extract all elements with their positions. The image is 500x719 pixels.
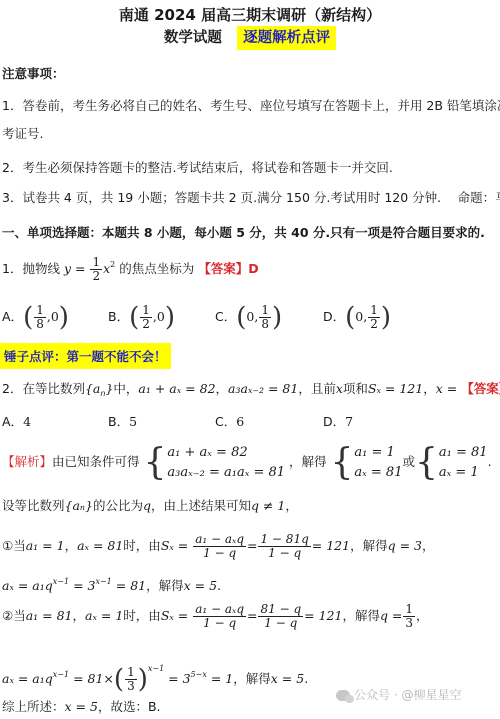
- option-label: A．: [2, 414, 23, 429]
- frac-den: 3: [125, 680, 137, 693]
- system-1: {a₁ + aₓ = 82a₃aₓ₋₂ = a₁aₓ = 81: [144, 443, 286, 483]
- q2-text: ，且前: [298, 381, 336, 396]
- analysis-text: 由已知条件可得: [52, 454, 140, 469]
- analysis-text: 的公比为: [93, 498, 143, 513]
- case-math: q =: [380, 608, 402, 623]
- case-math: a₁ = 81: [26, 608, 73, 623]
- frac-num: 1: [140, 304, 152, 318]
- case-fraction: 13: [403, 603, 415, 630]
- frac-den: 1 − q: [262, 617, 299, 630]
- case-math: aₓ = 81: [77, 538, 123, 553]
- frac-den: 8: [34, 318, 46, 331]
- case-text: 时，由: [123, 608, 161, 623]
- case-math: aₓ = a₁q: [2, 578, 53, 593]
- case-text: ，解得: [146, 578, 184, 593]
- subtitle-highlight: 逐题解析点评: [237, 26, 336, 50]
- frac-num: 1 − 81q: [258, 533, 310, 547]
- case-math: Sₓ =: [161, 608, 188, 623]
- case-text: ，解得: [350, 538, 388, 553]
- system-eq: aₓ = 81: [354, 463, 402, 483]
- frac-den: 1 − q: [201, 547, 238, 560]
- analysis-q: q: [143, 498, 151, 513]
- system-eq: aₓ = 1: [439, 463, 488, 483]
- q1-expr-sup: 2: [110, 260, 115, 269]
- frac-den: 1 − q: [201, 617, 238, 630]
- notice-item-1: 1．答卷前，考生务必将自己的姓名、考生号、座位号填写在答题卡上，并用 2B 铅笔…: [2, 98, 500, 114]
- option-fraction: 18: [259, 304, 271, 331]
- system-2: {a₁ = 1aₓ = 81: [331, 443, 403, 483]
- frac-den: 1 − q: [266, 547, 303, 560]
- frac-num: 1: [403, 603, 415, 617]
- frac-num: a₁ − aₓq: [193, 533, 246, 547]
- option-label: D．: [323, 414, 345, 429]
- q1-comment: 锤子点评：第一题不能不会！: [0, 343, 171, 369]
- notice-item-2: 2．考生必须保持答题卡的整洁.考试结束后，将试卷和答题卡一并交回.: [2, 160, 393, 176]
- case-text: ②当: [2, 608, 26, 623]
- case-text: 时，由: [123, 538, 161, 553]
- option-fraction: 18: [34, 304, 46, 331]
- case-math: = 3: [164, 671, 190, 686]
- option-value: 6: [236, 414, 244, 429]
- analysis-text: 设等比数列: [2, 498, 65, 513]
- system-eq: a₁ = 1: [354, 443, 402, 463]
- frac-den: 2: [368, 318, 380, 331]
- case-math: = 121: [304, 608, 342, 623]
- case-math: = 1: [207, 671, 233, 686]
- page-subtitle: 数学试题 逐题解析点评: [0, 26, 500, 47]
- case-sup: x−1: [95, 577, 111, 586]
- option-label: B．: [108, 309, 129, 324]
- frac-num: 81 − q: [258, 603, 303, 617]
- q1-fraction: 12: [90, 256, 102, 283]
- frac-num: 1: [90, 256, 102, 270]
- case-math: a₁ = 1: [26, 538, 65, 553]
- q2-case-2-line-2: aₓ = a₁qx−1 = 81×(13)x−1 = 35−x = 1，解得x …: [2, 654, 308, 694]
- subtitle-text: 数学试题: [164, 30, 222, 46]
- option-fraction: 12: [140, 304, 152, 331]
- case-math: Sₓ =: [161, 538, 188, 553]
- case-text: .: [217, 578, 221, 593]
- case-math: =: [247, 538, 257, 553]
- case-text: .: [304, 671, 308, 686]
- case-math: = 121: [312, 538, 350, 553]
- q1-option-a: A．(18,0): [2, 304, 69, 331]
- frac-num: a₁ − aₓq: [193, 603, 246, 617]
- section-heading: 一、单项选择题：本题共 8 小题，每小题 5 分，共 40 分.只有一项是符合题…: [2, 225, 485, 241]
- q1-option-b: B．(12,0): [108, 304, 175, 331]
- document-page: 南通 2024 届高三期末调研（新结构） 数学试题 逐题解析点评 注意事项： 1…: [0, 0, 500, 719]
- frac-den: 8: [259, 318, 271, 331]
- case-text: ，: [65, 538, 78, 553]
- case-fraction: a₁ − aₓq1 − q: [193, 533, 246, 560]
- case-math: = 3: [69, 578, 95, 593]
- frac-num: 1: [125, 666, 137, 680]
- wechat-icon: [336, 690, 350, 701]
- frac-num: 1: [368, 304, 380, 318]
- system-eq: a₃aₓ₋₂ = a₁aₓ = 81: [167, 463, 285, 483]
- q2-ask: x =: [436, 381, 458, 396]
- q2-x: x: [336, 381, 343, 396]
- q2-analysis-line-2: 设等比数列{aₙ}的公比为q，由上述结果可知q ≠ 1，: [2, 498, 298, 514]
- case-fraction: 1 − 81q1 − q: [258, 533, 310, 560]
- q2-answer: 【答案】B: [461, 381, 500, 396]
- case-math: aₓ = 1: [85, 608, 123, 623]
- notice-item-3: 3．试卷共 4 页，共 19 小题；答题卡共 2 页.满分 150 分.考试用时…: [2, 190, 500, 206]
- q2-seq: {a: [85, 381, 100, 396]
- q2-case-2: ②当a₁ = 81，aₓ = 1时，由Sₓ = a₁ − aₓq1 − q=81…: [2, 600, 429, 632]
- option-value: 5: [129, 414, 137, 429]
- q2-text: ，: [423, 381, 436, 396]
- option-label: B．: [108, 414, 129, 429]
- watermark-text: 公众号 · @柳星星空: [354, 688, 461, 702]
- q2-text: 项和: [343, 381, 368, 396]
- analysis-text: 或: [402, 454, 415, 469]
- frac-num: 1: [34, 304, 46, 318]
- case-text: ①当: [2, 538, 26, 553]
- q1-suffix: 的焦点坐标为: [119, 261, 194, 276]
- notice-heading: 注意事项：: [2, 66, 65, 82]
- case-math: x = 5: [271, 671, 304, 686]
- q2-option-b: B．5: [108, 414, 137, 430]
- analysis-cond: q ≠ 1: [251, 498, 285, 513]
- conclusion-math: x = 5: [65, 699, 98, 714]
- q2-cond-1: a₁ + aₓ = 82: [138, 381, 215, 396]
- case-math: x = 5: [184, 578, 217, 593]
- question-1-stem: 1．抛物线 y = 12x2 的焦点坐标为 【答案】D: [2, 256, 259, 283]
- q2-option-c: C．6: [215, 414, 244, 430]
- q2-text: 中，: [113, 381, 138, 396]
- frac-den: 2: [140, 318, 152, 331]
- watermark: 公众号 · @柳星星空: [336, 686, 461, 703]
- case-math: = 81×: [69, 671, 114, 686]
- option-value: 4: [23, 414, 31, 429]
- case-sup: x−1: [53, 577, 69, 586]
- case-math: =: [247, 608, 257, 623]
- analysis-text: ，由上述结果可知: [151, 498, 251, 513]
- frac-den: 3: [403, 617, 415, 630]
- system-eq: a₁ = 81: [439, 443, 488, 463]
- q2-option-d: D．7: [323, 414, 353, 430]
- analysis-seq: {aₙ}: [65, 498, 93, 513]
- case-text: ，: [422, 538, 435, 553]
- case-text: ，: [416, 608, 429, 623]
- frac-den: 2: [90, 270, 102, 283]
- q1-answer: 【答案】D: [198, 261, 258, 276]
- q2-text: 2．在等比数列: [2, 381, 85, 396]
- analysis-label: 【解析】: [2, 454, 52, 469]
- q2-cond-3: Sₓ = 121: [368, 381, 423, 396]
- page-title: 南通 2024 届高三期末调研（新结构）: [0, 4, 500, 25]
- case-math: aₓ = a₁q: [2, 671, 53, 686]
- option-fraction: 12: [368, 304, 380, 331]
- q1-option-d: D．(0,12): [323, 304, 391, 331]
- case-math: = 81: [112, 578, 146, 593]
- case-sup: 5−x: [191, 670, 207, 679]
- option-label: C．: [215, 414, 236, 429]
- case-math: q = 3: [388, 538, 422, 553]
- q2-text: ，: [216, 381, 229, 396]
- q1-expr-lhs: y =: [64, 261, 86, 276]
- conclusion-text: 综上所述：: [2, 699, 65, 714]
- option-other: 0: [157, 309, 165, 324]
- q1-option-c: C．(0,18): [215, 304, 282, 331]
- option-label: C．: [215, 309, 236, 324]
- option-other: 0: [51, 309, 59, 324]
- case-sup: x−1: [53, 670, 69, 679]
- q1-prefix: 1．抛物线: [2, 261, 60, 276]
- frac-num: 1: [259, 304, 271, 318]
- case-text: ，: [73, 608, 86, 623]
- case-fraction: 81 − q1 − q: [258, 603, 303, 630]
- analysis-text: ，解得: [289, 454, 327, 469]
- q2-analysis-line-1: 【解析】由已知条件可得 {a₁ + aₓ = 82a₃aₓ₋₂ = a₁aₓ =…: [2, 440, 492, 484]
- system-3: {a₁ = 81aₓ = 1: [415, 443, 488, 483]
- case-fraction: a₁ − aₓq1 − q: [193, 603, 246, 630]
- analysis-text: .: [488, 454, 492, 469]
- case-text: ，解得: [233, 671, 271, 686]
- option-label: D．: [323, 309, 345, 324]
- question-2-stem: 2．在等比数列{an}中，a₁ + aₓ = 82，a₃aₓ₋₂ = 81，且前…: [2, 381, 500, 402]
- q2-conclusion: 综上所述：x = 5，故选：B.: [2, 699, 161, 715]
- q2-cond-2: a₃aₓ₋₂ = 81: [228, 381, 298, 396]
- case-fraction: 13: [125, 666, 137, 693]
- case-text: ，解得: [342, 608, 380, 623]
- q2-case-1: ①当a₁ = 1，aₓ = 81时，由Sₓ = a₁ − aₓq1 − q=1 …: [2, 530, 434, 562]
- analysis-text: ，: [285, 498, 298, 513]
- conclusion-text: ，故选：B.: [98, 699, 161, 714]
- q2-option-a: A．4: [2, 414, 31, 430]
- notice-item-1-cont: 考证号.: [2, 126, 43, 142]
- case-sup: x−1: [148, 664, 164, 673]
- system-eq: a₁ + aₓ = 82: [167, 443, 285, 463]
- option-value: 7: [345, 414, 353, 429]
- option-label: A．: [2, 309, 23, 324]
- q2-case-1-line-2: aₓ = a₁qx−1 = 3x−1 = 81，解得x = 5.: [2, 574, 221, 594]
